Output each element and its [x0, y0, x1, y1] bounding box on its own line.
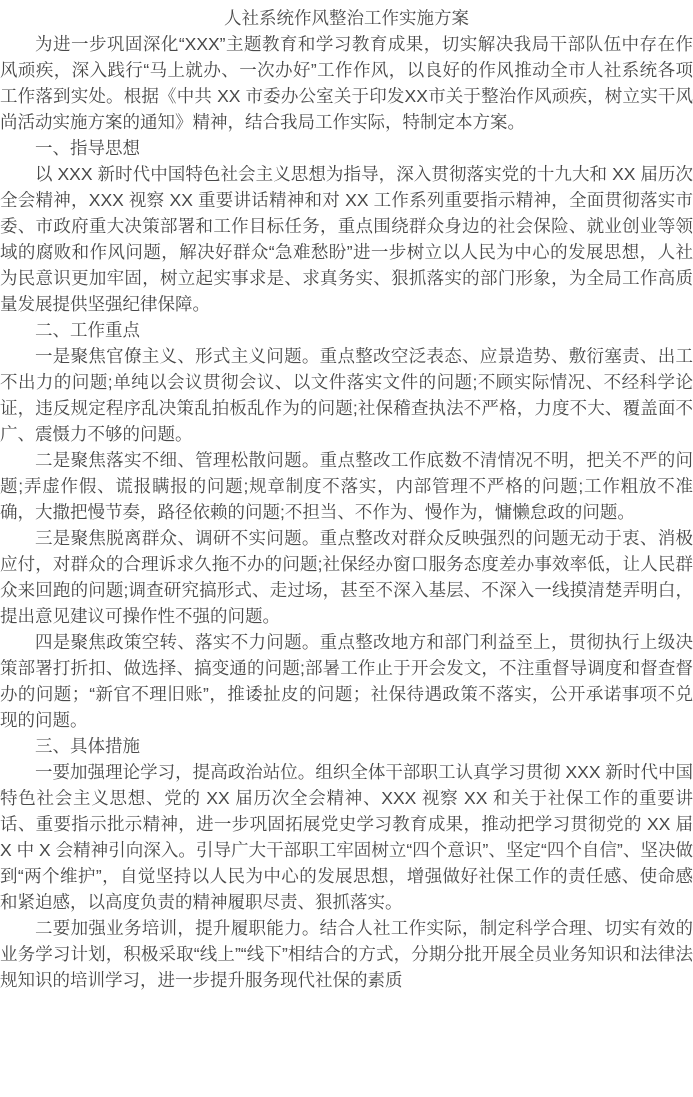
intro-paragraph: 为进一步巩固深化“XXX”主题教育和学习教育成果，切实解决我局干部队伍中存在作风… — [0, 31, 693, 135]
section-1-paragraph-1: 以 XXX 新时代中国特色社会主义思想为指导，深入贯彻落实党的十九大和 XX 届… — [0, 161, 693, 317]
section-heading-work-focus: 二、工作重点 — [0, 317, 693, 343]
section-2-paragraph-2: 二是聚焦落实不细、管理松散问题。重点整改工作底数不清情况不明，把关不严的问题;弄… — [0, 447, 693, 525]
section-2-paragraph-1: 一是聚焦官僚主义、形式主义问题。重点整改空泛表态、应景造势、敷衍塞责、出工不出力… — [0, 343, 693, 447]
section-heading-guiding-ideology: 一、指导思想 — [0, 135, 693, 161]
document-page: 人社系统作风整治工作实施方案 为进一步巩固深化“XXX”主题教育和学习教育成果，… — [0, 0, 693, 993]
section-heading-specific-measures: 三、具体措施 — [0, 733, 693, 759]
section-3-paragraph-2: 二要加强业务培训，提升履职能力。结合人社工作实际，制定科学合理、切实有效的业务学… — [0, 915, 693, 993]
section-2-paragraph-4: 四是聚焦政策空转、落实不力问题。重点整改地方和部门利益至上，贯彻执行上级决策部署… — [0, 629, 693, 733]
section-3-paragraph-1: 一要加强理论学习，提高政治站位。组织全体干部职工认真学习贯彻 XXX 新时代中国… — [0, 759, 693, 915]
section-2-paragraph-3: 三是聚焦脱离群众、调研不实问题。重点整改对群众反映强烈的问题无动于衷、消极应付，… — [0, 525, 693, 629]
document-title: 人社系统作风整治工作实施方案 — [0, 5, 693, 31]
